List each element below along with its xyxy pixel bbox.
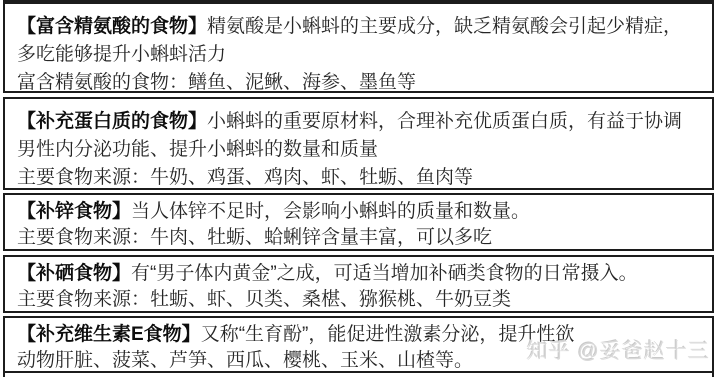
box-paragraph: 【补充维生素E食物】又称“生育酚”，能促进性激素分泌，提升性欲 <box>17 322 700 348</box>
box-food-sources: 富含精氨酸的食物：鳝鱼、泥鳅、海参、墨鱼等 <box>17 69 700 93</box>
box-heading: 【补硒食物】 <box>17 263 131 284</box>
nutrition-food-list-image: 【富含精氨酸的食物】精氨酸是小蝌蚪的主要成分，缺乏精氨酸会引起少精症，多吃能够提… <box>0 0 720 377</box>
protein-foods-box: 【补充蛋白质的食物】小蝌蚪的重要原材料，合理补充优质蛋白质，有益于协调男性内分泌… <box>3 97 714 190</box>
box-food-sources: 主要食物来源：牛奶、鸡蛋、鸡肉、虾、牡蛎、鱼肉等 <box>17 164 700 190</box>
box-paragraph: 【补充蛋白质的食物】小蝌蚪的重要原材料，合理补充优质蛋白质，有益于协调男性内分泌… <box>17 108 700 164</box>
box-food-sources: 动物肝脏、菠菜、芦笋、西瓜、樱桃、玉米、山楂等。 <box>17 348 700 373</box>
cropped-box-below-right-border <box>712 373 714 377</box>
box-paragraph: 【富含精氨酸的食物】精氨酸是小蝌蚪的主要成分，缺乏精氨酸会引起少精症，多吃能够提… <box>17 13 700 69</box>
box-description: 当人体锌不足时，会影响小蝌蚪的质量和数量。 <box>131 201 530 222</box>
cropped-box-below-left-border <box>3 373 5 377</box>
vitamin-e-foods-box: 【补充维生素E食物】又称“生育酚”，能促进性激素分泌，提升性欲 动物肝脏、菠菜、… <box>3 316 714 373</box>
box-description: 有“男子体内黄金”之成，可适当增加补硒类食物的日常摄入。 <box>131 263 638 284</box>
box-food-sources: 主要食物来源：牡蛎、虾、贝类、桑椹、猕猴桃、牛奶豆类 <box>17 287 700 313</box>
box-heading: 【补充维生素E食物】 <box>17 324 201 345</box>
box-heading: 【补充蛋白质的食物】 <box>17 111 207 132</box>
box-heading: 【补锌食物】 <box>17 201 131 222</box>
box-description: 又称“生育酚”，能促进性激素分泌，提升性欲 <box>201 324 575 345</box>
arginine-foods-box: 【富含精氨酸的食物】精氨酸是小蝌蚪的主要成分，缺乏精氨酸会引起少精症，多吃能够提… <box>3 2 714 93</box>
selenium-foods-box: 【补硒食物】有“男子体内黄金”之成，可适当增加补硒类食物的日常摄入。 主要食物来… <box>3 255 714 313</box>
box-food-sources: 主要食物来源：牛肉、牡蛎、蛤蜊锌含量丰富，可以多吃 <box>17 225 700 251</box>
zinc-foods-box: 【补锌食物】当人体锌不足时，会影响小蝌蚪的质量和数量。 主要食物来源：牛肉、牡蛎… <box>3 193 714 251</box>
box-heading: 【富含精氨酸的食物】 <box>17 16 207 37</box>
box-paragraph: 【补硒食物】有“男子体内黄金”之成，可适当增加补硒类食物的日常摄入。 <box>17 261 700 287</box>
box-paragraph: 【补锌食物】当人体锌不足时，会影响小蝌蚪的质量和数量。 <box>17 199 700 225</box>
